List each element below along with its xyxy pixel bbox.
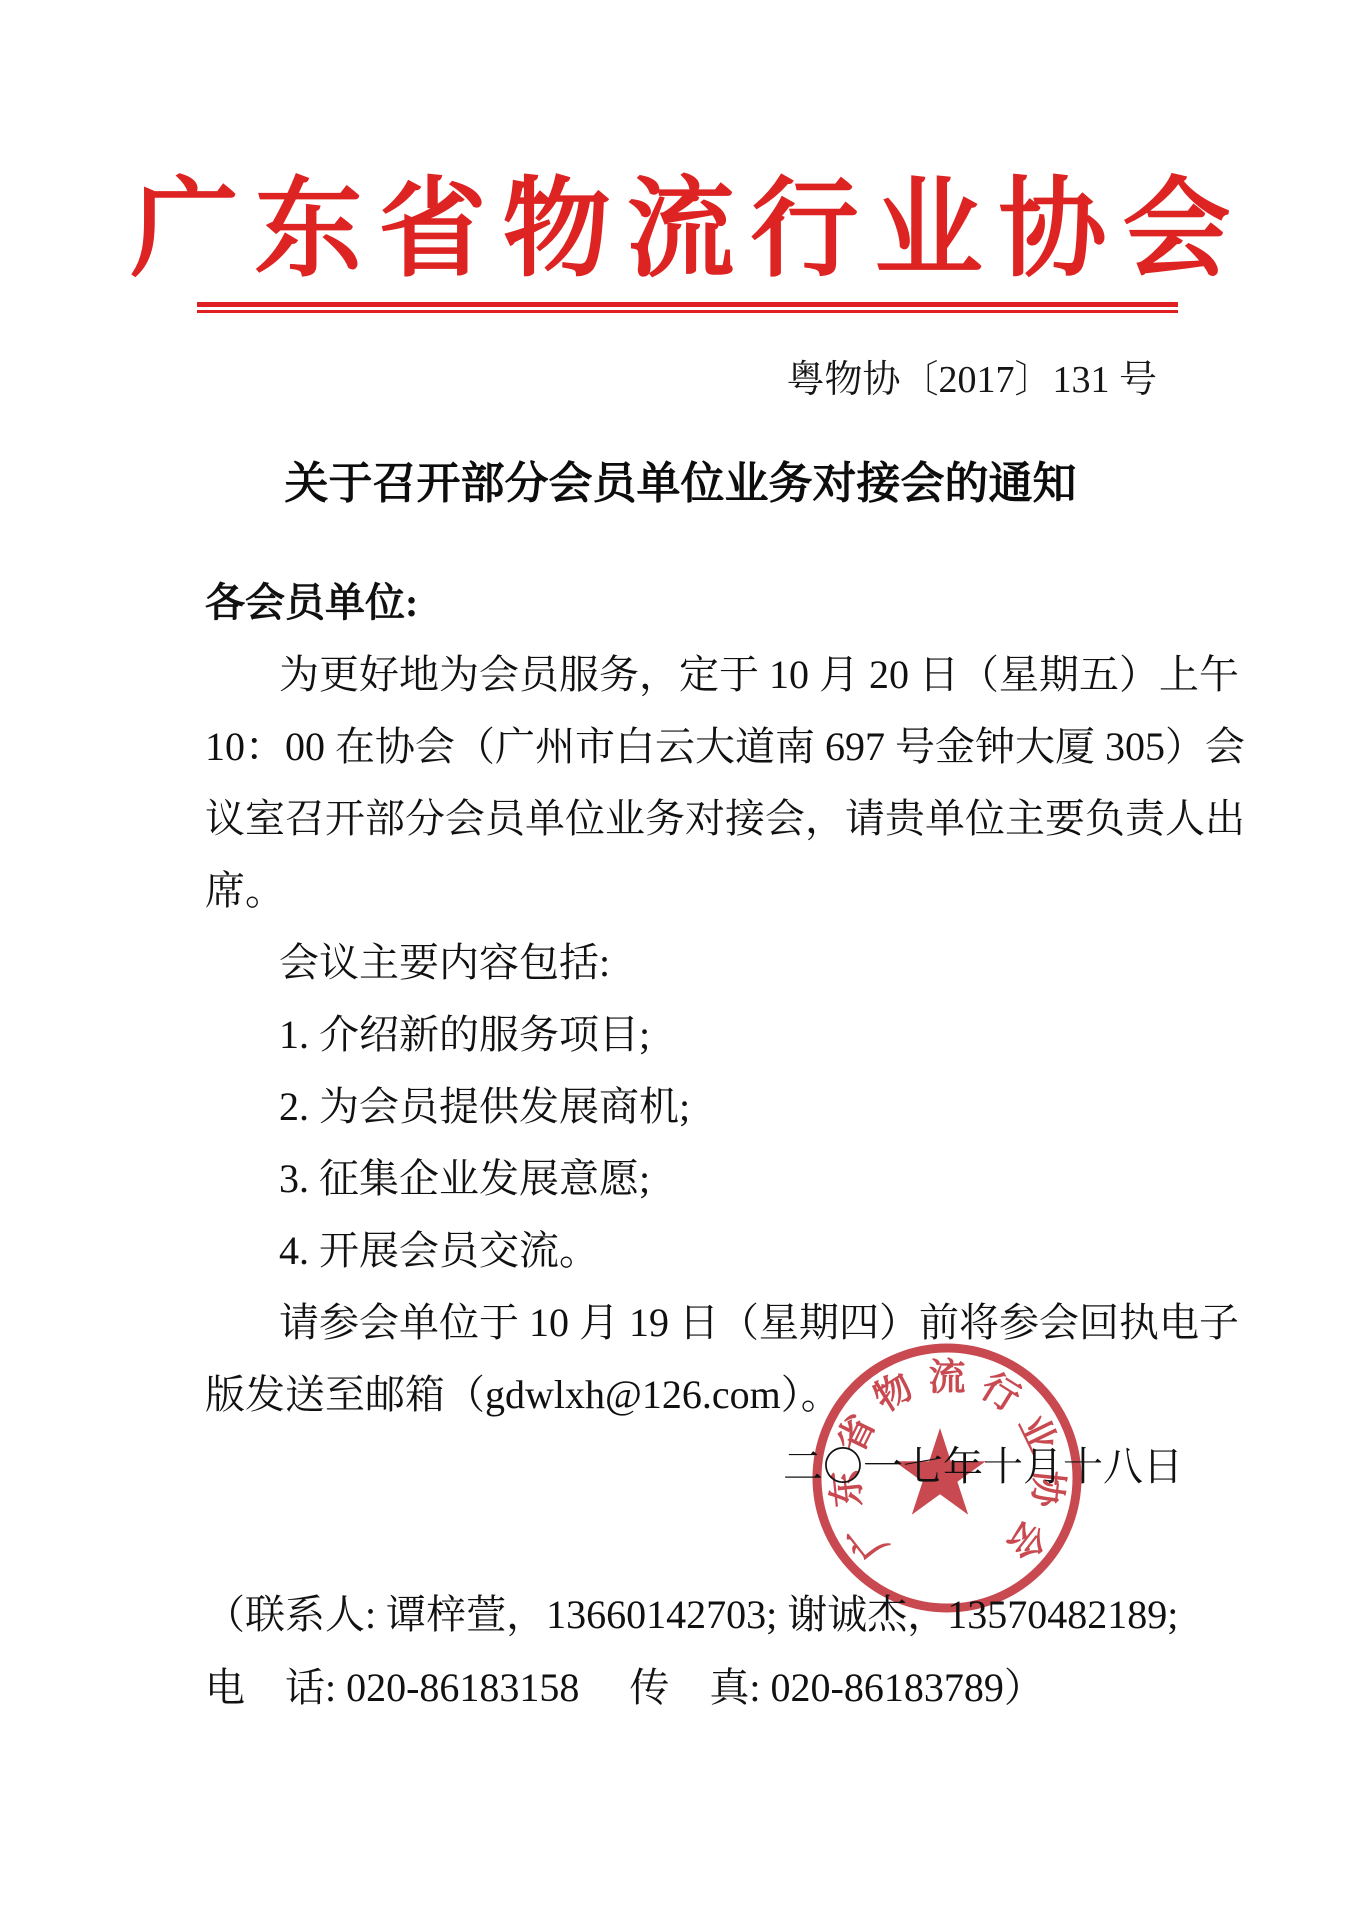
paragraph-line: 版发送至邮箱（gdwlxh@126.com）。	[205, 1359, 1183, 1431]
date-line: 二〇一七年十月十八日	[205, 1431, 1183, 1503]
contact-line-persons: （联系人: 谭梓萱，13660142703; 谢诚杰，13570482189;	[205, 1578, 1183, 1651]
paragraph-line: 请参会单位于 10 月 19 日（星期四）前将参会回执电子	[205, 1287, 1183, 1359]
list-item: 3. 征集企业发展意愿;	[205, 1143, 1183, 1215]
salutation: 各会员单位:	[205, 567, 1183, 639]
paragraph-line: 席。	[205, 855, 1183, 927]
notice-title: 关于召开部分会员单位业务对接会的通知	[0, 452, 1361, 516]
paragraph-line: 议室召开部分会员单位业务对接会，请贵单位主要负责人出	[205, 783, 1183, 855]
paragraph-line: 会议主要内容包括:	[205, 927, 1183, 999]
red-rule-thick	[197, 302, 1178, 307]
document-reference-number: 粤物协〔2017〕131 号	[0, 352, 1157, 408]
contact-line-phone-fax: 电 话: 020-86183158 传 真: 020-86183789）	[205, 1651, 1183, 1724]
list-item: 2. 为会员提供发展商机;	[205, 1071, 1183, 1143]
organization-header-title: 广东省物流行业协会	[0, 168, 1361, 294]
contact-info: （联系人: 谭梓萱，13660142703; 谢诚杰，13570482189; …	[205, 1578, 1183, 1724]
paragraph-line: 10：00 在协会（广州市白云大道南 697 号金钟大厦 305）会	[205, 711, 1183, 783]
list-item: 1. 介绍新的服务项目;	[205, 999, 1183, 1071]
notice-document-page: 广东省物流行业协会 粤物协〔2017〕131 号 关于召开部分会员单位业务对接会…	[0, 0, 1361, 1929]
notice-body: 各会员单位: 为更好地为会员服务，定于 10 月 20 日（星期五）上午 10：…	[205, 567, 1183, 1503]
paragraph-line: 为更好地为会员服务，定于 10 月 20 日（星期五）上午	[205, 639, 1183, 711]
red-rule-thin	[197, 310, 1178, 313]
list-item: 4. 开展会员交流。	[205, 1215, 1183, 1287]
